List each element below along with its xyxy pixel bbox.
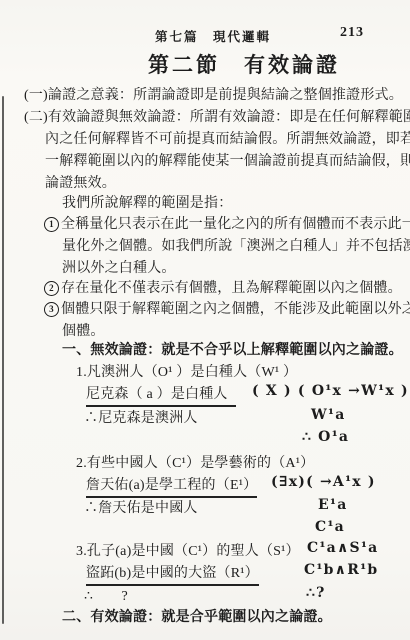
example-3-formula-1: C¹a∧S¹a <box>307 540 378 556</box>
circled-number-1: 1 <box>44 217 59 232</box>
scope-item-1-text-1: 全稱量化只表示在此一量化之內的所有個體而不表示此一 <box>61 217 410 232</box>
example-1-formula-3: ∴ O¹a <box>302 429 349 445</box>
paragraph-1: (一)論證之意義：所謂論證即是前提與結論之整個推證形式。 <box>24 84 403 104</box>
scope-intro: 我們所說解釋的範圍是指： <box>62 192 232 212</box>
example-3-formula-3: ∴? <box>306 585 326 601</box>
paragraph-2-line-4: 論證無效。 <box>45 172 116 192</box>
example-2-premise-2: 詹天佑(a)是學工程的（E¹） <box>86 474 257 498</box>
example-1-premise-2-row: 尼克森（ a ）是白種人 <box>86 383 236 407</box>
example-2-formula-3: C¹a <box>315 519 345 535</box>
scan-edge-artifact <box>2 96 4 624</box>
page-number: 213 <box>340 25 364 41</box>
scope-item-1-line-2: 量化外之個體。如我們所說「澳洲之白種人」并不包括澳 <box>62 235 410 255</box>
scope-item-2: 2存在量化不僅表示有個體，且為解釋範圍以內之個體。 <box>44 277 402 297</box>
scope-item-2-text: 存在量化不僅表示有個體，且為解釋範圍以內之個體。 <box>61 281 402 296</box>
circled-number-3: 3 <box>44 302 59 317</box>
valid-section-heading: 二、有效論證：就是合乎範圍以內之論證。 <box>62 606 332 626</box>
example-3-conclusion: ∴ ? <box>84 585 128 605</box>
section-title: 第二節 有效論證 <box>148 49 340 79</box>
example-3-premise-1: 3.孔子(a)是中國（C¹）的聖人（S¹） <box>76 540 300 560</box>
example-2-conclusion: ∴詹天佑是中國人 <box>84 497 198 517</box>
scope-item-3-line-1: 3個體只限于解釋範圍之內之個體，不能涉及此範圍以外之 <box>44 298 410 318</box>
scope-item-3-line-2: 個體。 <box>62 320 105 340</box>
running-header-chapter: 第七篇 現代邏輯 <box>155 27 271 45</box>
book-page: 第七篇 現代邏輯 213 第二節 有效論證 (一)論證之意義：所謂論證即是前提與… <box>0 0 410 640</box>
circled-number-2: 2 <box>44 281 59 296</box>
paragraph-2-line-2: 內之任何解釋皆不可前提真而結論假。所謂無效論證，即若有 <box>45 128 410 148</box>
scope-item-1-line-3: 洲以外之白種人。 <box>62 257 176 277</box>
example-2-premise-2-row: 詹天佑(a)是學工程的（E¹） <box>86 474 257 498</box>
example-1-premise-1: 1.凡澳洲人（O¹ ）是白種人（W¹ ） <box>76 361 297 381</box>
example-2-premise-1: 2.有些中國人（C¹）是學藝術的（A¹） <box>76 452 314 472</box>
example-1-premise-2: 尼克森（ a ）是白種人 <box>86 383 236 407</box>
example-3-formula-2: C¹b∧R¹b <box>304 562 378 578</box>
paragraph-2-line-1: (二)有效論證與無效論證：所謂有效論證：即是在任何解釋範圍 <box>24 106 410 126</box>
example-2-formula-1: (∃x)( →A¹x ) <box>271 474 376 490</box>
example-2-formula-2: E¹a <box>318 497 347 513</box>
example-1-formula-2: W¹a <box>311 407 346 423</box>
example-1-conclusion: ∴尼克森是澳洲人 <box>84 407 198 427</box>
example-3-premise-2: 盜跖(b)是中國的大盜（R¹） <box>86 562 259 586</box>
example-3-premise-2-row: 盜跖(b)是中國的大盜（R¹） <box>86 562 259 586</box>
scope-item-1-line-1: 1全稱量化只表示在此一量化之內的所有個體而不表示此一 <box>44 213 410 233</box>
example-1-formula-1: ( X ) ( O¹x →W¹x ) <box>252 383 409 399</box>
invalid-section-heading: 一、無效論證：就是不合乎以上解釋範圍以內之論證。 <box>62 339 403 359</box>
scope-item-3-text-1: 個體只限于解釋範圍之內之個體，不能涉及此範圍以外之 <box>61 302 410 317</box>
paragraph-2-line-3: 一解釋範圍以內的解釋能使某一個論證前提真而結論假，則 <box>45 150 410 170</box>
